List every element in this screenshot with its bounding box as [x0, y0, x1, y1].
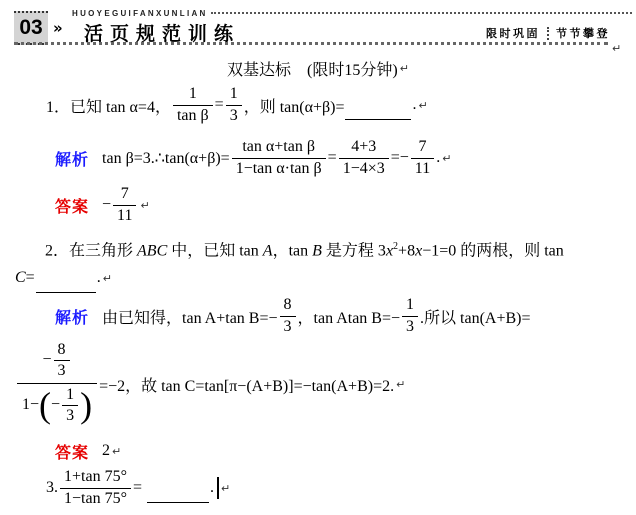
- text-cursor: [217, 477, 219, 499]
- answer-1-line: 答案 − 7 11 ↵: [55, 184, 150, 226]
- tag-limit-time: 限时巩固: [486, 25, 540, 41]
- brand-caps-row: HUOYEGUIFANXUNLIAN: [72, 9, 632, 18]
- answer-2-line: 答案 2 ↵: [55, 438, 121, 464]
- variable: B: [312, 242, 322, 259]
- fraction-denominator: tan β: [173, 105, 213, 125]
- minus-sign: −: [102, 196, 111, 214]
- question-2-line-1: 2．在三角形 ABC 中，已知 tan A，tan B 是方程 3x2+8x−1…: [45, 234, 620, 264]
- return-mark: ↵: [442, 152, 451, 165]
- return-mark: ↵: [103, 272, 112, 285]
- answer-blank: [147, 486, 209, 503]
- big-fraction: − 8 3 1− ( − 1 3 ): [17, 341, 97, 428]
- analysis-2-line-2: − 8 3 1− ( − 1 3 ) =−2，故 tan C=tan[π−(A+…: [15, 340, 405, 428]
- period: .: [412, 96, 416, 114]
- lesson-number: 03: [19, 16, 42, 40]
- fraction-numerator: 1: [185, 85, 201, 104]
- fraction-denominator: 3: [402, 316, 418, 336]
- document-page[interactable]: 03 » HUOYEGUIFANXUNLIAN 活页规范训练 限时巩固 节节攀登…: [0, 0, 636, 515]
- question-1-text: 1．已知 tan α=4，: [46, 94, 171, 117]
- analysis-label: 解析: [55, 147, 89, 170]
- analysis-2-text: 由已知得，tan A+tan B=−: [102, 305, 278, 328]
- section-title: 双基达标 (限时15分钟): [227, 57, 398, 80]
- period: .: [97, 269, 101, 287]
- fraction-numerator: tan α+tan β: [238, 138, 319, 157]
- question-1-text: ，则 tan(α+β)=: [244, 94, 345, 117]
- fraction: 1 3: [402, 296, 418, 336]
- fraction: 1 tan β: [173, 85, 213, 125]
- fraction: 1 3: [226, 85, 242, 125]
- equals-sign: =: [26, 269, 35, 287]
- analysis-label: 解析: [55, 305, 89, 328]
- fraction-denominator: 11: [411, 158, 434, 178]
- minus-sign: −: [51, 396, 60, 414]
- question-3-number: 3.: [46, 479, 58, 497]
- return-mark: ↵: [612, 42, 621, 55]
- fraction: 4+3 1−4×3: [339, 138, 389, 178]
- fraction-denominator: 3: [280, 316, 296, 336]
- minus-sign: −: [43, 351, 52, 369]
- fraction-numerator: 1: [226, 85, 242, 104]
- analysis-2-line-1: 解析 由已知得，tan A+tan B=− 8 3 ，tan Atan B=− …: [55, 293, 531, 339]
- fraction: tan α+tan β 1−tan α·tan β: [232, 138, 326, 178]
- answer-2-value: 2: [102, 442, 110, 460]
- variable: C: [15, 269, 26, 287]
- answer-label: 答案: [55, 194, 89, 217]
- fraction: 7 11: [113, 185, 136, 225]
- chevrons-right-icon: »: [53, 19, 63, 37]
- equals-minus: =−: [391, 149, 409, 167]
- return-mark: ↵: [140, 199, 149, 212]
- fraction-numerator: 1: [62, 386, 78, 405]
- brand-caps-text: HUOYEGUIFANXUNLIAN: [72, 9, 208, 18]
- analysis-2-text: .所以 tan(A+B)=: [420, 305, 530, 328]
- right-paren: ): [80, 390, 92, 421]
- question-2-line-2: C = . ↵: [15, 264, 112, 292]
- fraction-denominator: 3: [62, 405, 78, 425]
- fraction-denominator: 3: [54, 360, 70, 380]
- question-3-line: 3. 1+tan 75° 1−tan 75° = . ↵: [46, 464, 230, 512]
- fraction-denominator: 11: [113, 205, 136, 225]
- fraction-denominator: 1−tan 75°: [60, 488, 131, 508]
- variable: x: [386, 242, 393, 259]
- fraction-numerator: 4+3: [347, 138, 380, 157]
- analysis-1-line: 解析 tan β=3.∴tan(α+β)= tan α+tan β 1−tan …: [55, 136, 451, 180]
- analysis-1-text: tan β=3.∴tan(α+β)=: [102, 148, 230, 168]
- question-2-text: −1=0 的两根，则 tan: [422, 242, 564, 259]
- dotted-leader: [211, 12, 632, 14]
- question-2-text: 2．在三角形: [45, 242, 137, 259]
- fraction-numerator: 1: [402, 296, 418, 315]
- question-2-text: ，tan: [273, 242, 313, 259]
- fraction: 8 3: [54, 341, 70, 381]
- variable: ABC: [137, 242, 167, 259]
- fraction-denominator: 1−4×3: [339, 158, 389, 178]
- question-2-text: 是方程 3: [322, 242, 386, 259]
- big-fraction-denominator: 1− ( − 1 3 ): [17, 383, 97, 428]
- fraction-numerator: 7: [117, 185, 133, 204]
- variable: A: [263, 242, 273, 259]
- equals-sign: =: [133, 479, 142, 497]
- fraction-numerator: 7: [414, 138, 430, 157]
- analysis-2-text: =−2，故 tan C=tan[π−(A+B)]=−tan(A+B)=2.: [99, 373, 394, 396]
- fraction: 7 11: [411, 138, 434, 178]
- answer-label: 答案: [55, 440, 89, 463]
- section-title-line: 双基达标 (限时15分钟)↵: [0, 56, 636, 80]
- return-mark: ↵: [221, 482, 230, 495]
- fraction-numerator: 1+tan 75°: [60, 468, 131, 487]
- fraction: 1 3: [62, 386, 78, 426]
- equals-sign: =: [215, 96, 224, 114]
- fraction-numerator: 8: [54, 341, 70, 360]
- denominator-text: 1−: [22, 396, 39, 414]
- question-2-text: 中，已知 tan: [167, 242, 263, 259]
- tag-climb: 节节攀登: [556, 25, 610, 41]
- fraction-numerator: 8: [280, 296, 296, 315]
- fraction-denominator: 1−tan α·tan β: [232, 158, 326, 178]
- return-mark: ↵: [400, 62, 409, 75]
- period: .: [436, 149, 440, 167]
- left-paren: (: [39, 390, 51, 421]
- header-rule: [14, 42, 608, 45]
- return-mark: ↵: [112, 445, 121, 458]
- return-mark: ↵: [396, 378, 405, 391]
- return-mark: ↵: [418, 99, 427, 112]
- question-2-text: +8: [398, 242, 415, 259]
- question-1-line: 1．已知 tan α=4， 1 tan β = 1 3 ，则 tan(α+β)=…: [46, 84, 428, 126]
- fraction-denominator: 3: [226, 105, 242, 125]
- big-fraction-numerator: − 8 3: [38, 341, 77, 383]
- analysis-2-text: ，tan Atan B=−: [298, 305, 401, 328]
- answer-blank: [345, 103, 411, 120]
- answer-blank: [36, 276, 96, 293]
- header-tags: 限时巩固 节节攀登: [486, 25, 610, 41]
- fraction: 1+tan 75° 1−tan 75°: [60, 468, 131, 508]
- tag-separator: [547, 27, 549, 40]
- equals-sign: =: [328, 149, 337, 167]
- period: .: [210, 479, 214, 497]
- lesson-number-badge: 03: [14, 11, 48, 45]
- fraction: 8 3: [280, 296, 296, 336]
